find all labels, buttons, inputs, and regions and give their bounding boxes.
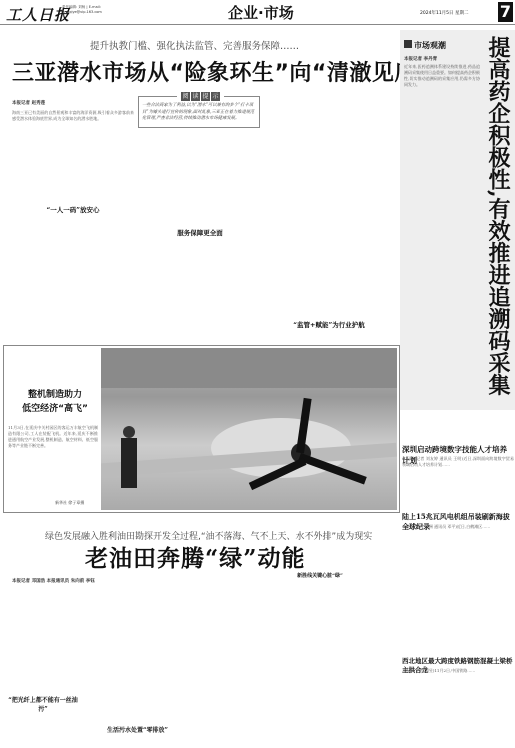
photo-caption-body: 11月3日,在延庆中关村园区的客运万丰航空飞机制造有限公司,工人在装配飞机。近年…: [8, 425, 98, 485]
photo-caption-title-1: 整机制造助力: [10, 388, 100, 402]
guide-char: 阅: [181, 92, 190, 101]
airplane-factory-photo: [101, 348, 397, 510]
column-title: 市场观潮: [404, 40, 446, 51]
brief-body-2: 本报讯(记者 杨洲 通讯员 邓平)近日,白鹤滩区……: [402, 524, 514, 644]
lead-intro: 海南三亚已有美丽的自然景观和丰富的海洋资源,吸引着众多游客前来感受潜水体验海底世…: [12, 110, 134, 190]
brief-body-3: 本报讯(记者 刘昱)11月2日,中国铁路……: [402, 668, 514, 746]
guide-char: 示: [211, 92, 220, 101]
section-title: 企业·市场: [228, 2, 294, 23]
column-icon: [404, 40, 412, 48]
reading-guide-text: 一些合法商家为了利益,以为“潜水”可以兼有的多个“打卡项目”为噱头进行宣传的现象…: [142, 103, 257, 123]
airplane-icon: [101, 348, 397, 510]
oilfield-subhead-2: 生活污水处置“零排放”: [75, 725, 200, 734]
brief-body-1: 本报讯(记者 刘友婷 通讯员 王明)近日,深圳面向跨境数字贸易领域启动人才培养计…: [402, 456, 514, 506]
oilfield-subhead-3: 新胜线关键心脏“绿”: [270, 572, 370, 579]
guide-char: 读: [191, 92, 200, 101]
newspaper-logo: 工人日报: [6, 4, 70, 25]
lead-kicker: 提升执教门槛、强化执法监管、完善服务保障……: [90, 38, 299, 52]
column-title-text: 市场观潮: [414, 41, 446, 50]
column-byline: 本报记者 李丹青: [404, 56, 437, 62]
oilfield-subhead-1: “把光纤上都不能有一丝油污”: [8, 695, 78, 713]
masthead-info: 责任编辑: 刘杨 | E-mail: grrbqiye@vip.163.com: [62, 5, 112, 15]
photo-credit: 新华社 徐子章摄: [55, 500, 84, 506]
lead-byline: 本报记者 赵秀莲: [12, 100, 45, 106]
lead-subhead-3: “监管+赋能”为行业护航: [262, 320, 396, 329]
lead-subhead-2: 服务保障更全面: [140, 228, 260, 237]
photo-caption-title-2: 低空经济“高飞”: [10, 402, 100, 416]
page-number: 7: [498, 2, 513, 22]
oilfield-byline: 本报记者 邓国浩 本报通讯员 朱向前 李钰: [12, 578, 95, 584]
issue-date: 2024年11月5日 星期二: [420, 10, 468, 16]
oilfield-body-col1: [12, 588, 74, 688]
column-body: 近年来,医药追溯体系建设持续推进,药品追溯码采集使用日益重要。如何提高药企积极性…: [404, 64, 480, 404]
guide-char: 提: [201, 92, 210, 101]
divider: [0, 24, 515, 25]
reading-guide-label: 阅 读 提 示: [177, 92, 224, 101]
lead-subhead-1: “一人一码”放安心: [12, 205, 134, 214]
oilfield-headline: 老油田奔腾“绿”动能: [85, 540, 305, 573]
column-vertical-headline: 提高药企积极性,有效推进追溯码采集: [482, 36, 510, 396]
